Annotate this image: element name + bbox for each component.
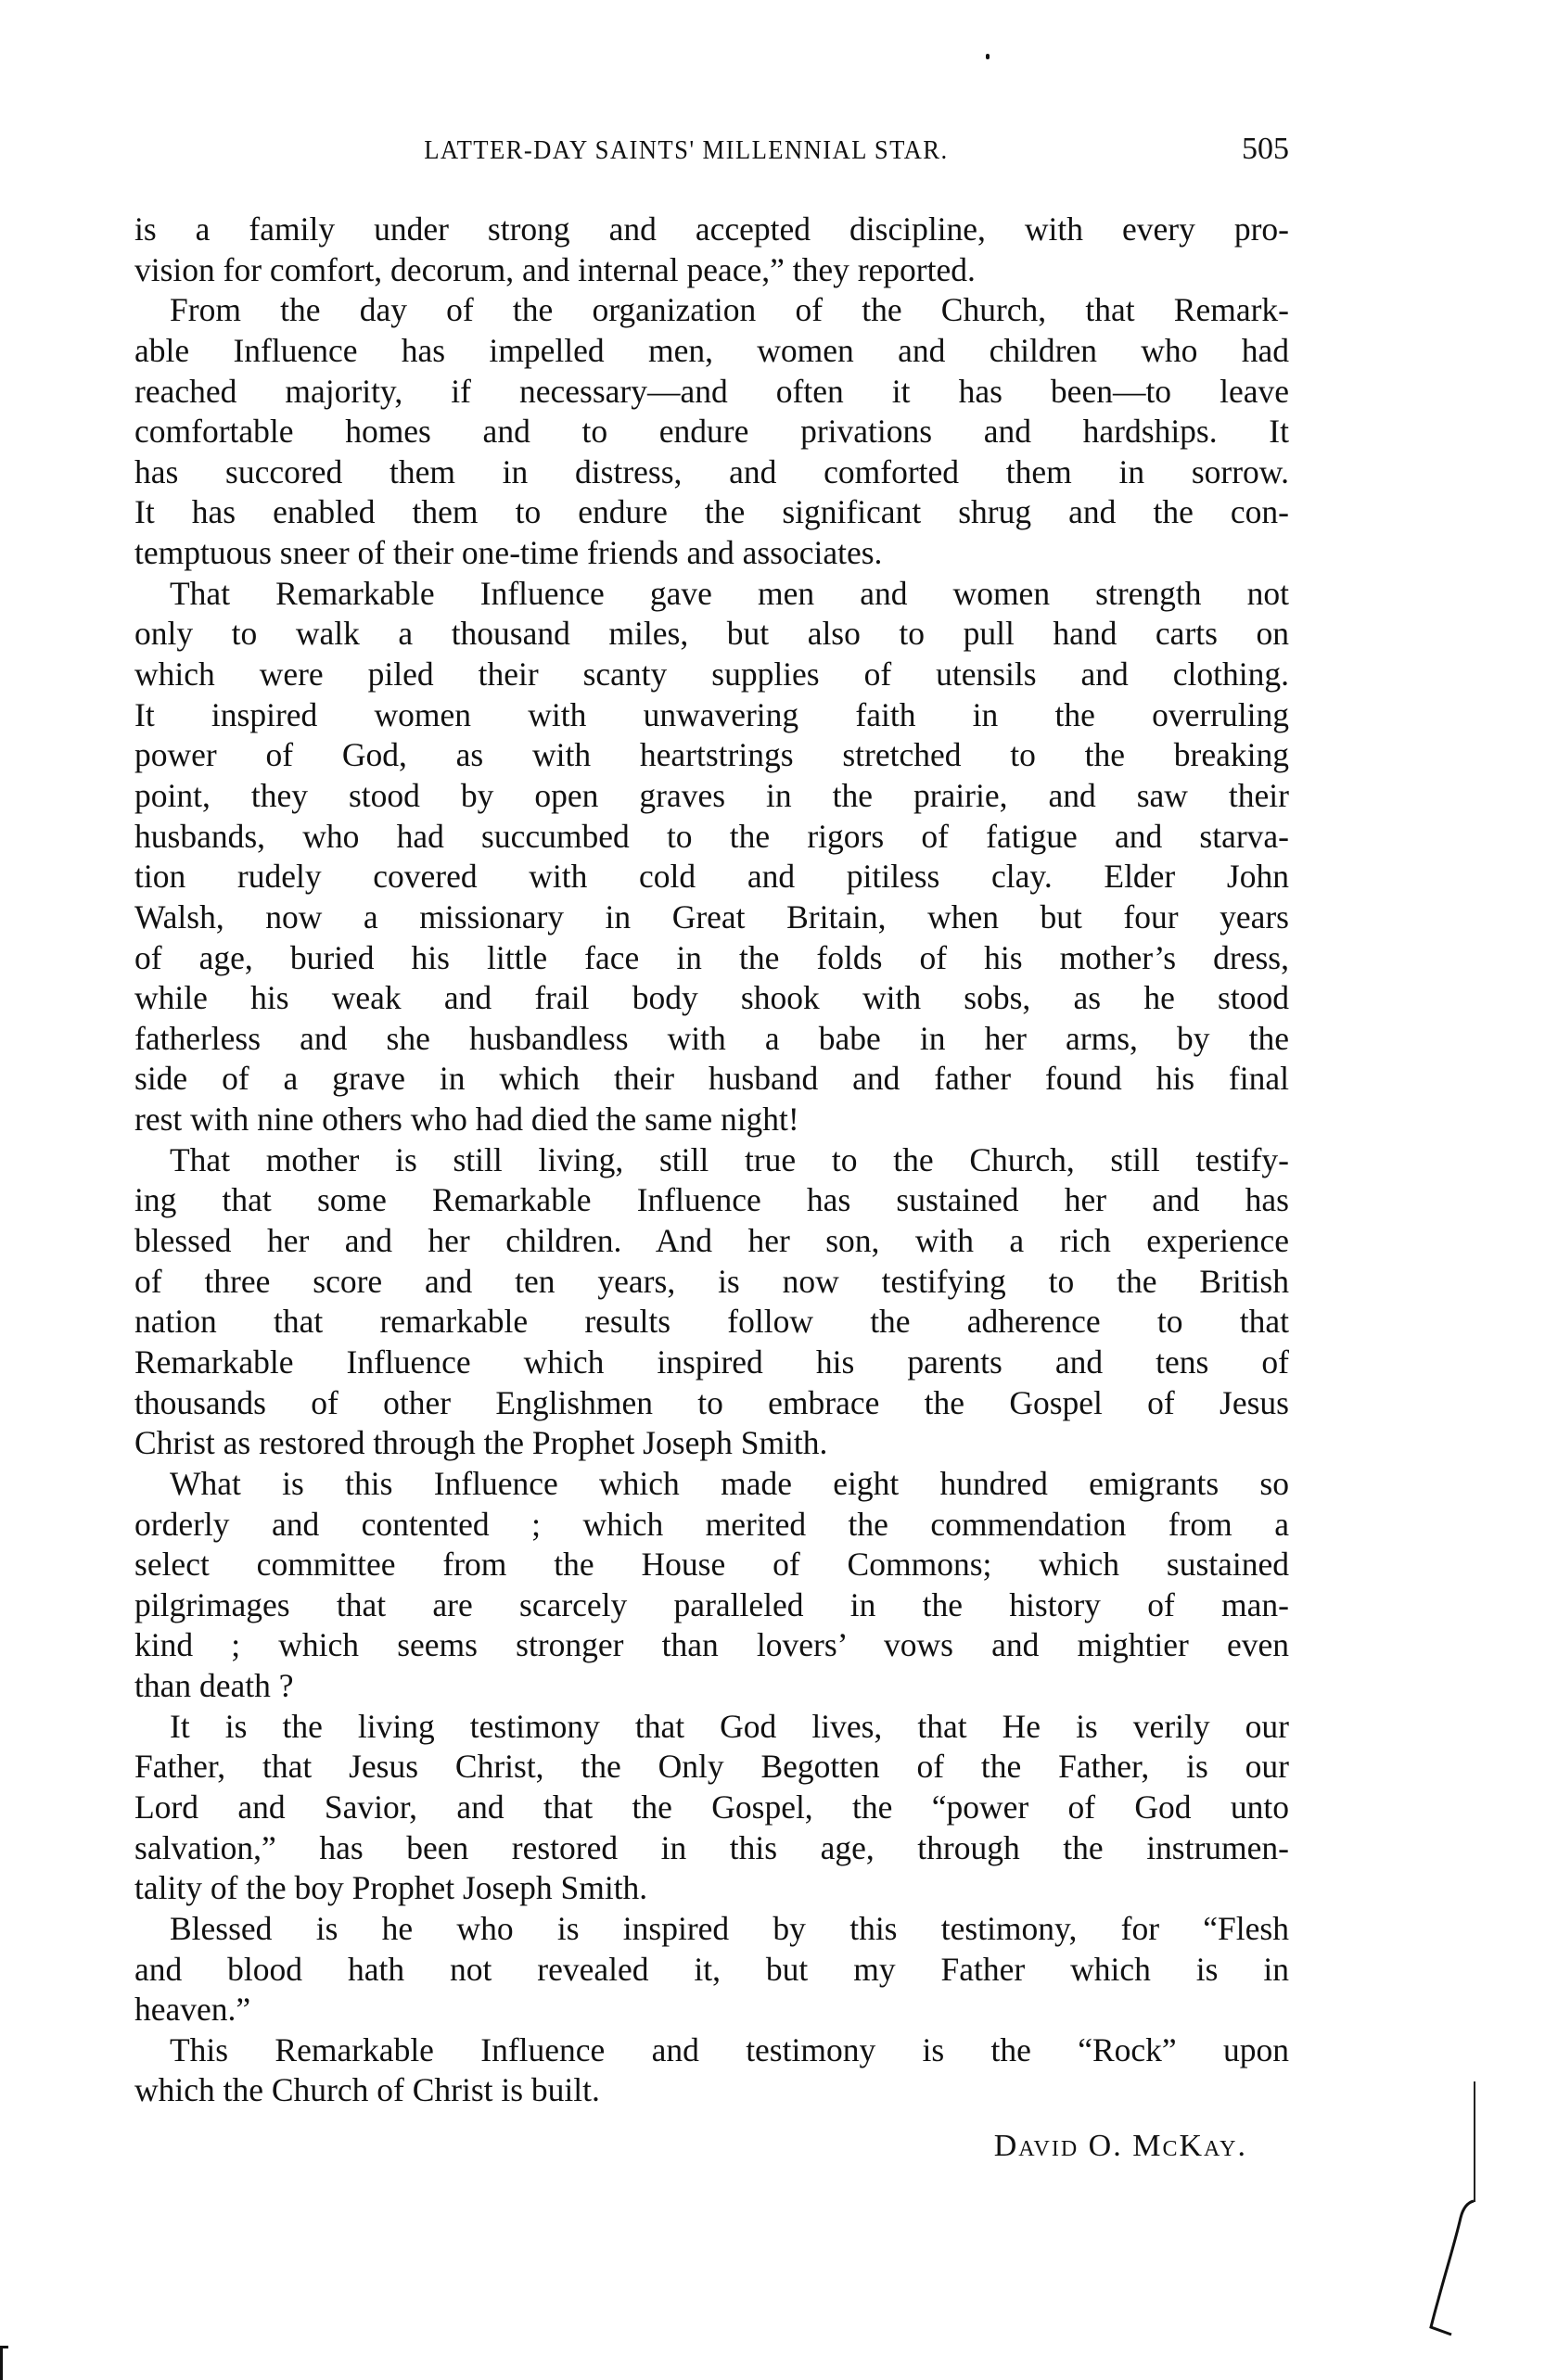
text-line: orderly and contented ; which merited th… [134, 1505, 1289, 1546]
text-line: which were piled their scanty supplies o… [134, 655, 1289, 695]
text-line: only to walk a thousand miles, but also … [134, 614, 1289, 655]
text-line: than death ? [134, 1666, 1289, 1707]
text-line: comfortable homes and to endure privatio… [134, 412, 1289, 452]
text-line: nation that remarkable results follow th… [134, 1302, 1289, 1343]
paragraph-6: It is the living testimony that God live… [134, 1707, 1289, 1909]
text-line: pilgrimages that are scarcely paralleled… [134, 1585, 1289, 1626]
text-line: vision for comfort, decorum, and interna… [134, 250, 1289, 291]
text-line: tality of the boy Prophet Joseph Smith. [134, 1868, 1289, 1909]
text-line: blessed her and her children. And her so… [134, 1221, 1289, 1262]
paragraph-2: From the day of the organization of the … [134, 290, 1289, 573]
text-line: while his weak and frail body shook with… [134, 978, 1289, 1019]
text-line: This Remarkable Influence and testimony … [134, 2030, 1289, 2071]
text-line: Remarkable Influence which inspired his … [134, 1343, 1289, 1383]
text-line: From the day of the organization of the … [134, 290, 1289, 331]
ink-speck [986, 54, 990, 59]
scanned-page: LATTER-DAY SAINTS' MILLENNIAL STAR. 505 … [0, 0, 1558, 2380]
text-line: It inspired women with unwavering faith … [134, 695, 1289, 736]
text-line: Christ as restored through the Prophet J… [134, 1423, 1289, 1464]
text-line: That Remarkable Influence gave men and w… [134, 574, 1289, 615]
paragraph-5: What is this Influence which made eight … [134, 1464, 1289, 1707]
text-line: It is the living testimony that God live… [134, 1707, 1289, 1748]
paragraph-1: is a family under strong and accepted di… [134, 210, 1289, 290]
text-line: select committee from the House of Commo… [134, 1545, 1289, 1585]
page-number: 505 [1242, 132, 1289, 167]
text-line: rest with nine others who had died the s… [134, 1100, 1289, 1140]
paragraph-3: That Remarkable Influence gave men and w… [134, 574, 1289, 1140]
text-line: of age, buried his little face in the fo… [134, 938, 1289, 979]
text-line: and blood hath not revealed it, but my F… [134, 1950, 1289, 1991]
text-line: of three score and ten years, is now tes… [134, 1262, 1289, 1303]
scan-curve-mark [1414, 2197, 1479, 2336]
text-line: kind ; which seems stronger than lovers’… [134, 1625, 1289, 1666]
text-line: Walsh, now a missionary in Great Britain… [134, 897, 1289, 938]
text-line: temptuous sneer of their one-time friend… [134, 533, 1289, 574]
text-line: husbands, who had succumbed to the rigor… [134, 817, 1289, 858]
text-line: which the Church of Christ is built. [134, 2070, 1289, 2111]
paragraph-4: That mother is still living, still true … [134, 1140, 1289, 1464]
text-line: heaven.” [134, 1990, 1289, 2030]
article-body: is a family under strong and accepted di… [134, 210, 1289, 2111]
text-line: reached majority, if necessary—and often… [134, 372, 1289, 413]
scan-edge-mark [1474, 2081, 1475, 2202]
text-line: What is this Influence which made eight … [134, 1464, 1289, 1505]
text-line: It has enabled them to endure the signif… [134, 492, 1289, 533]
text-line: Lord and Savior, and that the Gospel, th… [134, 1788, 1289, 1828]
text-line: has succored them in distress, and comfo… [134, 452, 1289, 493]
text-line: power of God, as with heartstrings stret… [134, 735, 1289, 776]
author-signature: David O. McKay. [134, 2129, 1247, 2164]
text-line: ing that some Remarkable Influence has s… [134, 1180, 1289, 1221]
scan-bracket-mark [0, 2346, 8, 2380]
text-line: point, they stood by open graves in the … [134, 776, 1289, 817]
text-line: tion rudely covered with cold and pitile… [134, 857, 1289, 897]
paragraph-7: Blessed is he who is inspired by this te… [134, 1909, 1289, 2030]
text-line: fatherless and she husbandless with a ba… [134, 1019, 1289, 1060]
text-line: Blessed is he who is inspired by this te… [134, 1909, 1289, 1950]
text-line: Father, that Jesus Christ, the Only Bego… [134, 1747, 1289, 1788]
text-line: is a family under strong and accepted di… [134, 210, 1289, 250]
text-line: thousands of other Englishmen to embrace… [134, 1383, 1289, 1424]
paragraph-8: This Remarkable Influence and testimony … [134, 2030, 1289, 2111]
text-line: That mother is still living, still true … [134, 1140, 1289, 1181]
running-head: LATTER-DAY SAINTS' MILLENNIAL STAR. 505 [134, 135, 1289, 172]
text-line: salvation,” has been restored in this ag… [134, 1828, 1289, 1869]
running-title: LATTER-DAY SAINTS' MILLENNIAL STAR. [181, 135, 1243, 166]
text-line: side of a grave in which their husband a… [134, 1059, 1289, 1100]
text-line: able Influence has impelled men, women a… [134, 331, 1289, 372]
